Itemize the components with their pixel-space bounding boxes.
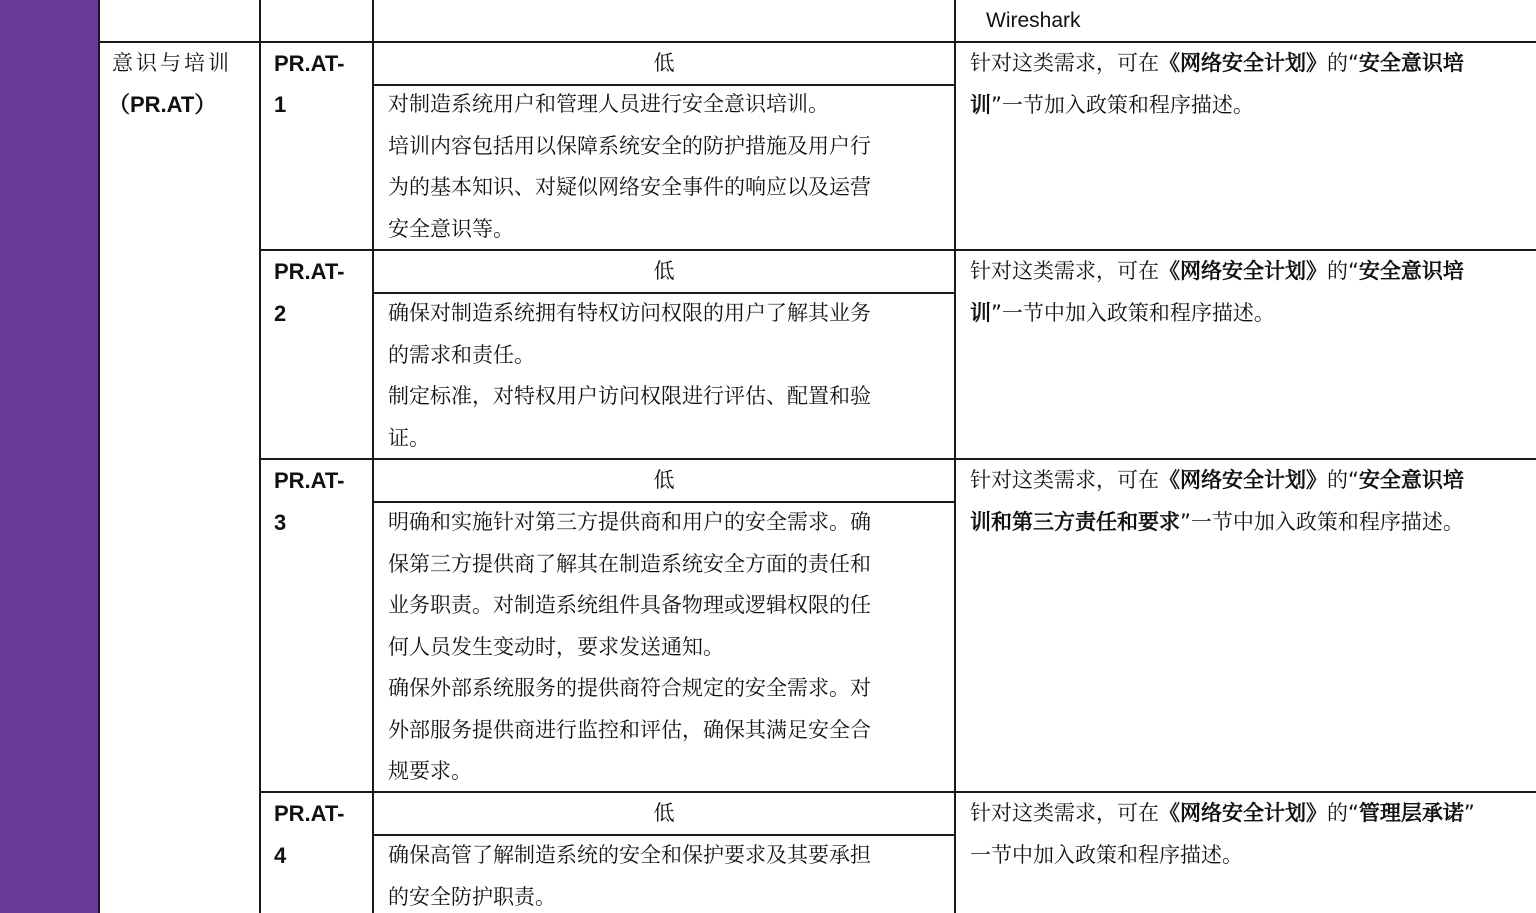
control-id-part1: PR.AT- <box>274 251 344 293</box>
note-doc-title: 《网络安全计划》 <box>1159 259 1327 283</box>
implementation-note: 针对这类需求，可在《网络安全计划》的“安全意识培 训”一节加入政策和程序描述。 <box>970 43 1464 126</box>
control-id-part1: PR.AT- <box>274 793 344 835</box>
note-suffix: ” <box>1464 801 1475 825</box>
table-border-col1 <box>259 0 261 913</box>
note-section: 安全意识培 <box>1359 259 1464 283</box>
description-line: 的需求和责任。 <box>388 335 871 377</box>
description-line: 外部服务提供商进行监控和评估，确保其满足安全合 <box>388 710 871 752</box>
table-border-left <box>98 0 100 913</box>
description-line: 安全意识等。 <box>388 209 871 251</box>
implementation-note: 针对这类需求，可在《网络安全计划》的“管理层承诺” 一节中加入政策和程序描述。 <box>970 793 1475 876</box>
control-description: 确保高管了解制造系统的安全和保护要求及其要承担 的安全防护职责。 <box>388 835 871 913</box>
risk-level: 低 <box>374 251 954 293</box>
document-page: Wireshark 意识与培训 （PR.AT） PR.AT- 1 低 对制造系统… <box>98 0 1536 913</box>
control-description: 对制造系统用户和管理人员进行安全意识培训。 培训内容包括用以保障系统安全的防护措… <box>388 84 871 250</box>
control-id-part1: PR.AT- <box>274 460 344 502</box>
description-line: 确保外部系统服务的提供商符合规定的安全需求。对 <box>388 668 871 710</box>
risk-level: 低 <box>374 43 954 85</box>
note-doc-title: 《网络安全计划》 <box>1159 801 1327 825</box>
table-border-col2 <box>372 0 374 913</box>
implementation-note: 针对这类需求，可在《网络安全计划》的“安全意识培 训和第三方责任和要求”一节中加… <box>970 460 1464 543</box>
category-code: （PR.AT） <box>108 84 216 126</box>
note-section: 安全意识培 <box>1359 468 1464 492</box>
description-line: 的安全防护职责。 <box>388 877 871 913</box>
note-prefix: 针对这类需求，可在 <box>970 468 1159 492</box>
control-id-part2: 1 <box>274 84 286 126</box>
control-id-part2: 2 <box>274 293 286 335</box>
description-line: 保第三方提供商了解其在制造系统安全方面的责任和 <box>388 544 871 586</box>
description-line: 何人员发生变动时，要求发送通知。 <box>388 627 871 669</box>
description-line: 明确和实施针对第三方提供商和用户的安全需求。确 <box>388 502 871 544</box>
control-id-part2: 4 <box>274 835 286 877</box>
description-line: 制定标准，对特权用户访问权限进行评估、配置和验 <box>388 376 871 418</box>
note-section-cont: 训 <box>970 301 991 325</box>
description-line: 证。 <box>388 418 871 460</box>
description-line: 业务职责。对制造系统组件具备物理或逻辑权限的任 <box>388 585 871 627</box>
description-line: 培训内容包括用以保障系统安全的防护措施及用户行 <box>388 126 871 168</box>
note-suffix: ”一节加入政策和程序描述。 <box>991 93 1254 117</box>
description-line: 确保高管了解制造系统的安全和保护要求及其要承担 <box>388 835 871 877</box>
note-mid: 的“ <box>1327 468 1359 492</box>
note-mid: 的“ <box>1327 259 1359 283</box>
note-doc-title: 《网络安全计划》 <box>1159 468 1327 492</box>
control-description: 确保对制造系统拥有特权访问权限的用户了解其业务 的需求和责任。 制定标准，对特权… <box>388 293 871 459</box>
note-line2: 一节中加入政策和程序描述。 <box>970 835 1475 877</box>
note-section: 管理层承诺 <box>1359 801 1464 825</box>
control-description: 明确和实施针对第三方提供商和用户的安全需求。确 保第三方提供商了解其在制造系统安… <box>388 502 871 793</box>
risk-level: 低 <box>374 460 954 502</box>
note-section-cont: 训和第三方责任和要求 <box>970 510 1180 534</box>
note-prefix: 针对这类需求，可在 <box>970 259 1159 283</box>
description-line: 规要求。 <box>388 751 871 793</box>
description-line: 为的基本知识、对疑似网络安全事件的响应以及运营 <box>388 167 871 209</box>
note-mid: 的“ <box>1327 801 1359 825</box>
note-section: 安全意识培 <box>1359 51 1464 75</box>
risk-level: 低 <box>374 793 954 835</box>
note-prefix: 针对这类需求，可在 <box>970 51 1159 75</box>
note-suffix: ”一节中加入政策和程序描述。 <box>991 301 1275 325</box>
note-mid: 的“ <box>1327 51 1359 75</box>
note-prefix: 针对这类需求，可在 <box>970 801 1159 825</box>
description-line: 对制造系统用户和管理人员进行安全意识培训。 <box>388 84 871 126</box>
note-doc-title: 《网络安全计划》 <box>1159 51 1327 75</box>
table-border-col3 <box>954 0 956 913</box>
prev-row-note-tail: Wireshark <box>986 0 1081 42</box>
description-line: 确保对制造系统拥有特权访问权限的用户了解其业务 <box>388 293 871 335</box>
implementation-note: 针对这类需求，可在《网络安全计划》的“安全意识培 训”一节中加入政策和程序描述。 <box>970 251 1464 334</box>
page-side-bar <box>0 0 98 913</box>
category-name: 意识与培训 <box>112 43 232 85</box>
control-id-part1: PR.AT- <box>274 43 344 85</box>
control-id-part2: 3 <box>274 502 286 544</box>
note-section-cont: 训 <box>970 93 991 117</box>
note-suffix: ”一节中加入政策和程序描述。 <box>1180 510 1464 534</box>
